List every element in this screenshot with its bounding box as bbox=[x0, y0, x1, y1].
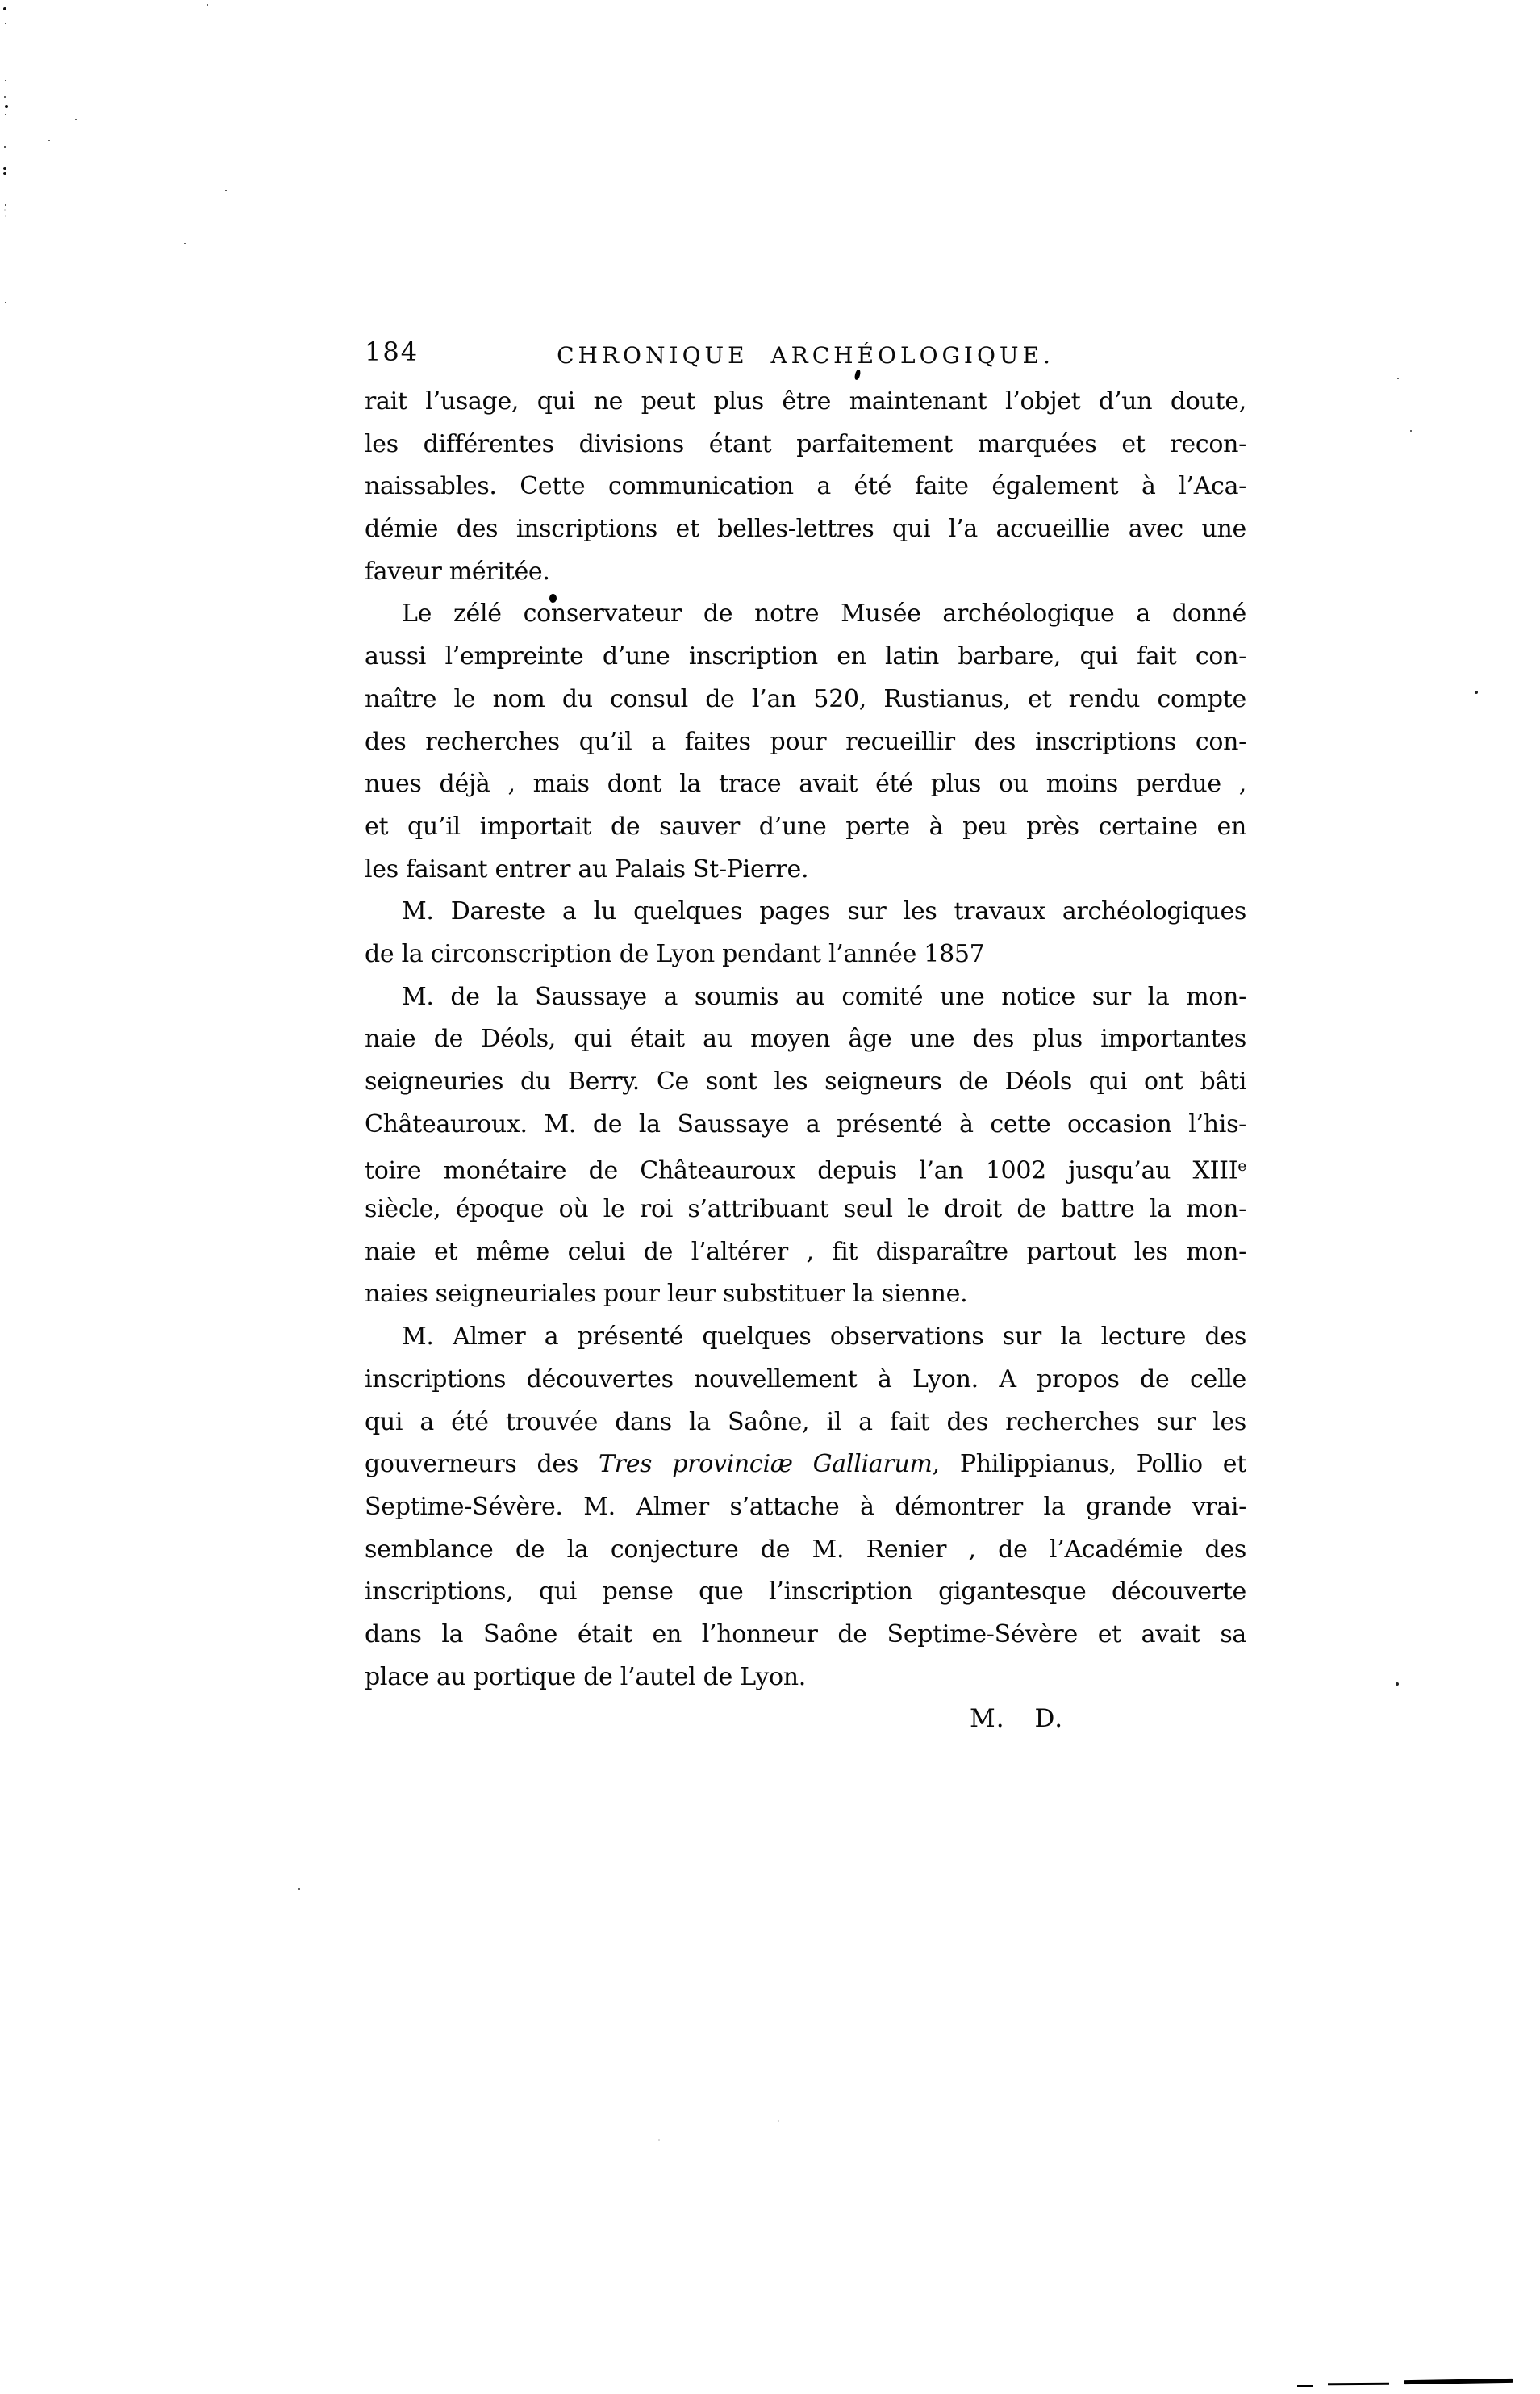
scan-artifact bbox=[1328, 2383, 1389, 2386]
text-line: rait l’usage, qui ne peut plus être main… bbox=[365, 381, 1246, 424]
text-line: siècle, époque où le roi s’attribuant se… bbox=[365, 1189, 1246, 1231]
text-line: et qu’il importait de sauver d’une perte… bbox=[365, 806, 1246, 849]
text-line: naie de Déols, qui était au moyen âge un… bbox=[365, 1018, 1246, 1061]
scan-artifact bbox=[1297, 2385, 1313, 2387]
text-line: naies seigneuriales pour leur substituer… bbox=[365, 1273, 1246, 1316]
italic-text: Tres provinciæ Galliarum bbox=[599, 1450, 933, 1478]
text-line: naître le nom du consul de l’an 520, Rus… bbox=[365, 679, 1246, 721]
text-line: Septime-Sévère. M. Almer s’attache à dém… bbox=[365, 1486, 1246, 1529]
text-line: M. Almer a présenté quelques observation… bbox=[365, 1316, 1246, 1359]
text-line: des recherches qu’il a faites pour recue… bbox=[365, 721, 1246, 764]
scan-artifact bbox=[1404, 2379, 1513, 2384]
text-line: gouverneurs des Tres provinciæ Galliarum… bbox=[365, 1444, 1246, 1486]
scan-artifact bbox=[549, 594, 557, 603]
scan-artifact bbox=[854, 369, 862, 380]
text-line: démie des inscriptions et belles-lettres… bbox=[365, 508, 1246, 551]
scanned-book-page: 184 CHRONIQUE ARCHÉOLOGIQUE. rait l’usag… bbox=[0, 0, 1540, 2394]
text-line: aussi l’empreinte d’une inscription en l… bbox=[365, 636, 1246, 679]
text-line: nues déjà , mais dont la trace avait été… bbox=[365, 763, 1246, 806]
text-line: M. Dareste a lu quelques pages sur les t… bbox=[365, 891, 1246, 934]
text-line: naie et même celui de l’altérer , fit di… bbox=[365, 1231, 1246, 1274]
text-line: place au portique de l’autel de Lyon. bbox=[365, 1657, 1246, 1699]
text-segment: gouverneurs des bbox=[365, 1450, 599, 1478]
author-initials: M. D. bbox=[970, 1704, 1063, 1733]
text-segment: toire monétaire de Châteauroux depuis l’… bbox=[365, 1157, 1237, 1185]
text-line: inscriptions découvertes nouvellement à … bbox=[365, 1359, 1246, 1402]
text-line: les différentes divisions étant parfaite… bbox=[365, 424, 1246, 466]
body-text: rait l’usage, qui ne peut plus être main… bbox=[365, 381, 1246, 1698]
text-line: inscriptions, qui pense que l’inscriptio… bbox=[365, 1571, 1246, 1614]
scan-noise bbox=[3, 7, 6, 10]
text-line: M. de la Saussaye a soumis au comité une… bbox=[365, 976, 1246, 1019]
text-line: toire monétaire de Châteauroux depuis l’… bbox=[365, 1146, 1246, 1189]
text-segment: , Philippianus, Pollio et bbox=[933, 1450, 1246, 1478]
text-line: qui a été trouvée dans la Saône, il a fa… bbox=[365, 1402, 1246, 1444]
text-line: Châteauroux. M. de la Saussaye a présent… bbox=[365, 1104, 1246, 1147]
text-line: les faisant entrer au Palais St-Pierre. bbox=[365, 849, 1246, 892]
running-title: CHRONIQUE ARCHÉOLOGIQUE. bbox=[365, 342, 1246, 369]
text-line: Le zélé conservateur de notre Musée arch… bbox=[365, 593, 1246, 636]
text-line: naissables. Cette communication a été fa… bbox=[365, 466, 1246, 508]
text-line: dans la Saône était en l’honneur de Sept… bbox=[365, 1614, 1246, 1657]
text-line: de la circonscription de Lyon pendant l’… bbox=[365, 934, 1246, 976]
text-line: seigneuries du Berry. Ce sont les seigne… bbox=[365, 1061, 1246, 1104]
text-line: faveur méritée. bbox=[365, 551, 1246, 594]
text-line: semblance de la conjecture de M. Renier … bbox=[365, 1529, 1246, 1572]
sup-text: e bbox=[1237, 1158, 1246, 1175]
